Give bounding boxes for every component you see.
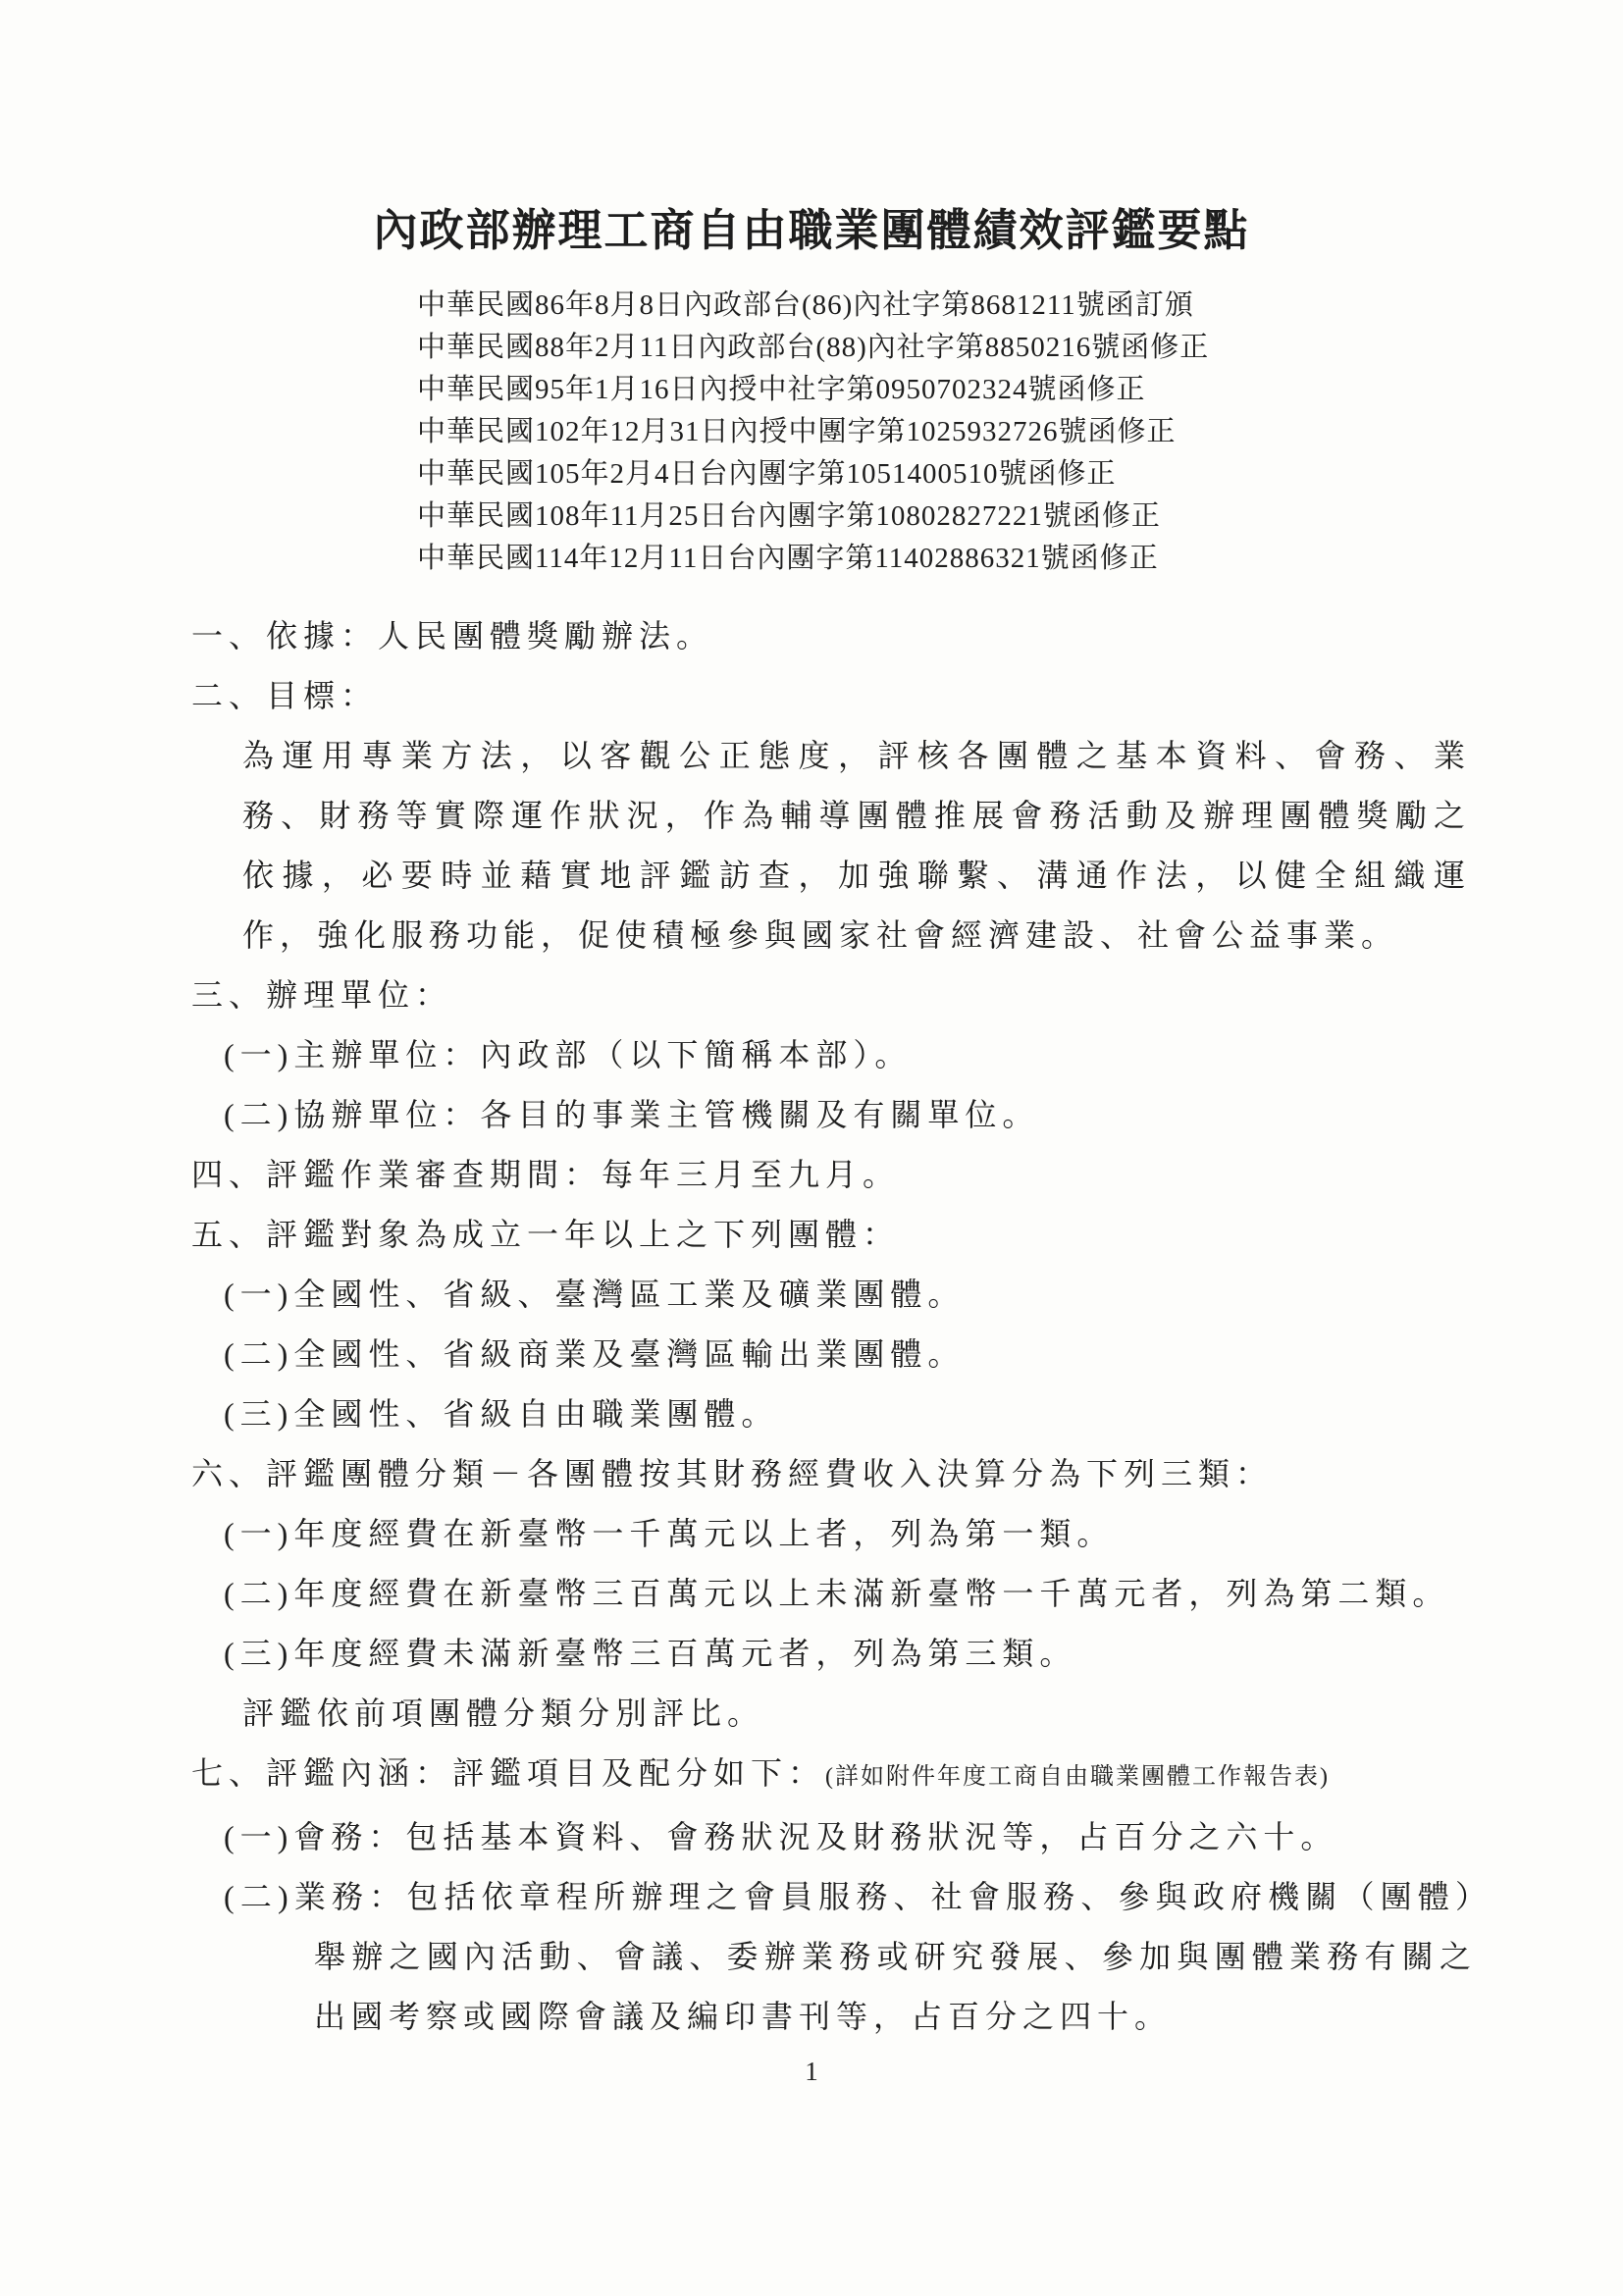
subitem-text: 全國性、省級自由職業團體。 [293, 1396, 778, 1432]
target-item-2: (二)全國性、省級商業及臺灣區輸出業團體。 [0, 1325, 1623, 1384]
section-text: 目標： [266, 678, 378, 713]
document-body: 一、依據：人民團體獎勵辦法。 二、目標： 為運用專業方法，以客觀公正態度，評核各… [0, 606, 1623, 2047]
section-classification: 六、評鑑團體分類－各團體按其財務經費收入決算分為下列三類： [0, 1444, 1623, 1504]
organizer-cohost: (二)協辦單位：各目的事業主管機關及有關單位。 [0, 1085, 1623, 1145]
subitem-text: 全國性、省級商業及臺灣區輸出業團體。 [293, 1336, 965, 1372]
section-content: 七、評鑑內涵：評鑑項目及配分如下：(詳如附件年度工商自由職業團體工作報告表) [0, 1744, 1623, 1807]
subitem-text: 主辦單位：內政部（以下簡稱本部）。 [293, 1037, 912, 1072]
section-organizers: 三、辦理單位： [0, 965, 1623, 1025]
section-label: 一、 [191, 618, 266, 653]
subitem-label: (一) [224, 1037, 293, 1072]
subitem-text: 業務：包括依章程所辦理之會員服務、社會服務、參與政府機關（團體）舉辦之國內活動、… [294, 1879, 1477, 2034]
subitem-text: 全國性、省級、臺灣區工業及礦業團體。 [293, 1277, 965, 1312]
goal-paragraph: 為運用專業方法，以客觀公正態度，評核各團體之基本資料、會務、業務、財務等實際運作… [242, 726, 1471, 965]
class-item-3: (三)年度經費未滿新臺幣三百萬元者，列為第三類。 [0, 1624, 1623, 1684]
section-label: 七、 [191, 1755, 266, 1791]
section-label: 五、 [191, 1217, 266, 1252]
subitem-label: (三) [224, 1636, 293, 1671]
section-text: 評鑑內涵：評鑑項目及配分如下： [266, 1755, 825, 1791]
section-label: 四、 [191, 1157, 266, 1192]
section-text: 依據：人民團體獎勵辦法。 [266, 618, 713, 653]
subitem-label: (二) [224, 1336, 293, 1372]
class-item-1: (一)年度經費在新臺幣一千萬元以上者，列為第一類。 [0, 1504, 1623, 1564]
subitem-label: (一) [224, 1516, 293, 1551]
organizer-host: (一)主辦單位：內政部（以下簡稱本部）。 [0, 1025, 1623, 1085]
classification-note: 評鑑依前項團體分類分別評比。 [0, 1684, 1623, 1744]
subitem-text: 協辦單位：各目的事業主管機關及有關單位。 [293, 1097, 1039, 1132]
section-label: 六、 [191, 1456, 266, 1491]
subitem-label: (一) [224, 1277, 293, 1312]
amendment-line-2: 中華民國88年2月11日內政部台(88)內社字第8850216號函修正 [417, 327, 1623, 369]
subitem-text: 年度經費未滿新臺幣三百萬元者，列為第三類。 [293, 1636, 1076, 1671]
amendment-line-6: 中華民國108年11月25日台內團字第10802827221號函修正 [417, 496, 1623, 538]
section-goal: 二、目標： [0, 666, 1623, 726]
amendment-line-4: 中華民國102年12月31日內授中團字第1025932726號函修正 [417, 411, 1623, 453]
section-text: 評鑑作業審查期間：每年三月至九月。 [266, 1157, 900, 1192]
section-review-period: 四、評鑑作業審查期間：每年三月至九月。 [0, 1145, 1623, 1205]
subitem-text: 年度經費在新臺幣一千萬元以上者，列為第一類。 [293, 1516, 1114, 1551]
attachment-note: (詳如附件年度工商自由職業團體工作報告表) [825, 1764, 1330, 1790]
document-page: 內政部辦理工商自由職業團體績效評鑑要點 中華民國86年8月8日內政部台(86)內… [0, 0, 1623, 2296]
amendment-history: 中華民國86年8月8日內政部台(86)內社字第8681211號函訂頒 中華民國8… [417, 285, 1623, 580]
section-label: 三、 [191, 977, 266, 1013]
class-item-2: (二)年度經費在新臺幣三百萬元以上未滿新臺幣一千萬元者，列為第二類。 [0, 1564, 1623, 1624]
subitem-label: (三) [224, 1396, 293, 1432]
section-targets: 五、評鑑對象為成立一年以上之下列團體： [0, 1205, 1623, 1265]
subitem-label: (一) [224, 1819, 293, 1854]
content-item-2: (二)業務：包括依章程所辦理之會員服務、社會服務、參與政府機關（團體）舉辦之國內… [314, 1867, 1477, 2047]
page-number: 1 [0, 2057, 1623, 2087]
target-item-3: (三)全國性、省級自由職業團體。 [0, 1384, 1623, 1444]
content-item-1: (一)會務：包括基本資料、會務狀況及財務狀況等，占百分之六十。 [0, 1807, 1623, 1867]
subitem-label: (二) [224, 1879, 294, 1914]
amendment-line-5: 中華民國105年2月4日台內團字第1051400510號函修正 [417, 453, 1623, 496]
section-text: 辦理單位： [266, 977, 452, 1013]
amendment-line-3: 中華民國95年1月16日內授中社字第0950702324號函修正 [417, 369, 1623, 411]
subitem-text: 會務：包括基本資料、會務狀況及財務狀況等，占百分之六十。 [293, 1819, 1337, 1854]
section-label: 二、 [191, 678, 266, 713]
subitem-label: (二) [224, 1097, 293, 1132]
section-text: 評鑑對象為成立一年以上之下列團體： [266, 1217, 900, 1252]
section-text: 評鑑團體分類－各團體按其財務經費收入決算分為下列三類： [266, 1456, 1273, 1491]
subitem-label: (二) [224, 1576, 293, 1611]
amendment-line-1: 中華民國86年8月8日內政部台(86)內社字第8681211號函訂頒 [417, 285, 1623, 327]
section-basis: 一、依據：人民團體獎勵辦法。 [0, 606, 1623, 666]
target-item-1: (一)全國性、省級、臺灣區工業及礦業團體。 [0, 1265, 1623, 1325]
doc-title: 內政部辦理工商自由職業團體績效評鑑要點 [0, 202, 1623, 259]
amendment-line-7: 中華民國114年12月11日台內團字第11402886321號函修正 [417, 538, 1623, 580]
subitem-text: 年度經費在新臺幣三百萬元以上未滿新臺幣一千萬元者，列為第二類。 [293, 1576, 1449, 1611]
